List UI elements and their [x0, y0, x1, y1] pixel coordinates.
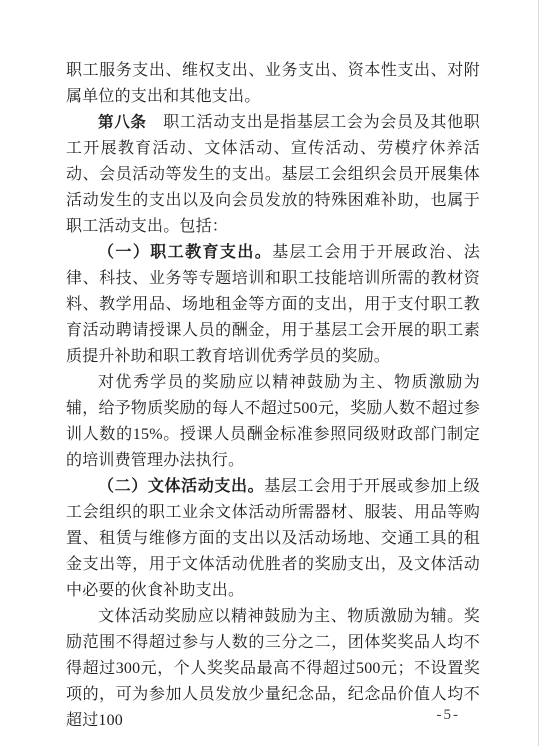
body-text: 职工服务支出、维权支出、业务支出、资本性支出、对附属单位的支出和其他支出。 [66, 62, 480, 105]
paragraph: 第八条 职工活动支出是指基层工会为会员及其他职工开展教育活动、文体活动、宣传活动… [66, 110, 480, 240]
body-text: 职工活动支出是指基层工会为会员及其他职工开展教育活动、文体活动、宣传活动、劳模疗… [66, 114, 480, 235]
page-number: -5- [0, 706, 460, 724]
item-lead: （一）职工教育支出。 [98, 244, 272, 261]
paragraph: 职工服务支出、维权支出、业务支出、资本性支出、对附属单位的支出和其他支出。 [66, 58, 480, 110]
document-page: 职工服务支出、维权支出、业务支出、资本性支出、对附属单位的支出和其他支出。第八条… [0, 0, 542, 746]
body-text: 对优秀学员的奖励应以精神鼓励为主、物质激励为辅，给予物质奖励的每人不超过500元… [66, 374, 480, 469]
scan-edge-line [538, 0, 539, 746]
article-heading: 第八条 [98, 114, 147, 131]
item-lead: （二）文体活动支出。 [98, 478, 264, 495]
paragraph: （一）职工教育支出。基层工会用于开展政治、法律、科技、业务等专题培训和职工技能培… [66, 240, 480, 370]
paragraph: （二）文体活动支出。基层工会用于开展或参加上级工会组织的职工业余文体活动所需器材… [66, 474, 480, 604]
body-text: 基层工会用于开展政治、法律、科技、业务等专题培训和职工技能培训所需的教材资料、教… [66, 244, 480, 365]
body-text: 基层工会用于开展或参加上级工会组织的职工业余文体活动所需器材、服装、用品等购置、… [66, 478, 480, 599]
document-body: 职工服务支出、维权支出、业务支出、资本性支出、对附属单位的支出和其他支出。第八条… [66, 58, 480, 734]
paragraph: 对优秀学员的奖励应以精神鼓励为主、物质激励为辅，给予物质奖励的每人不超过500元… [66, 370, 480, 474]
